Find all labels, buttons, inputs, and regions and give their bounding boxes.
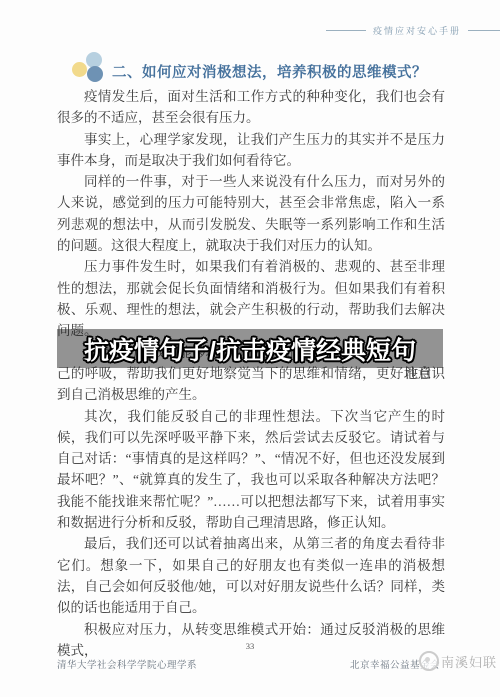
handbook-page: 疫情应对安心手册 二、如何应对消极想法，培养积极的思维模式？ 疫情发生后，面对生… (0, 0, 500, 697)
body-paragraph: 同样的一件事，对于一些人来说没有什么压力，而对另外的人来说，感觉到的压力可能特别… (57, 171, 445, 256)
page-number: 33 (0, 641, 500, 651)
header-title: 疫情应对安心手册 (373, 24, 461, 37)
paragraph-continuation: 己的呼吸，帮助我们更好地察觉当下的思维和情绪，更好地意识到自己消极思维的产生。 (57, 363, 445, 406)
overlay-caption-banner: 抗疫情句子/抗击疫情经典短句 (57, 329, 443, 368)
dot-steelblue-icon (87, 66, 103, 82)
watermark: 南溪妇联 (419, 651, 497, 671)
running-header: 疫情应对安心手册 (326, 24, 500, 37)
dot-yellow-icon (72, 62, 87, 77)
body-paragraph: 事实上，心理学家发现，让我们产生压力的其实并不是压力事件本身，而是取决于我们如何… (57, 129, 445, 172)
body-text-lower: 己的呼吸，帮助我们更好地察觉当下的思维和情绪，更好地意识到自己消极思维的产生。 … (57, 363, 445, 661)
header-rule-right (468, 30, 500, 31)
section-heading: 二、如何应对消极想法，培养积极的思维模式？ (112, 61, 472, 82)
body-paragraph: 最后，我们还可以试着抽离出来，从第三者的角度去看待非它们。想象一下，如果自己的好… (57, 533, 445, 618)
watermark-logo-icon (419, 651, 439, 671)
body-paragraph: 其次，我们能反驳自己的非理性想法。下次当它产生的时候，我们可以先深呼吸平静下来，… (57, 406, 445, 534)
header-rule-left (326, 30, 366, 31)
section-dots-icon (72, 52, 106, 86)
overlay-caption-text: 抗疫情句子/抗击疫情经典短句 (84, 331, 416, 367)
body-paragraph: 疫情发生后，面对生活和工作方式的种种变化，我们也会有很多的不适应，甚至会很有压力… (57, 86, 445, 129)
watermark-label: 南溪妇联 (441, 652, 497, 671)
body-paragraph: 积极应对压力，从转变思维模式开始：通过反驳消极的思维模式， (57, 619, 445, 662)
footer-publisher-left: 清华大学社会科学学院心理学系 (57, 657, 197, 671)
